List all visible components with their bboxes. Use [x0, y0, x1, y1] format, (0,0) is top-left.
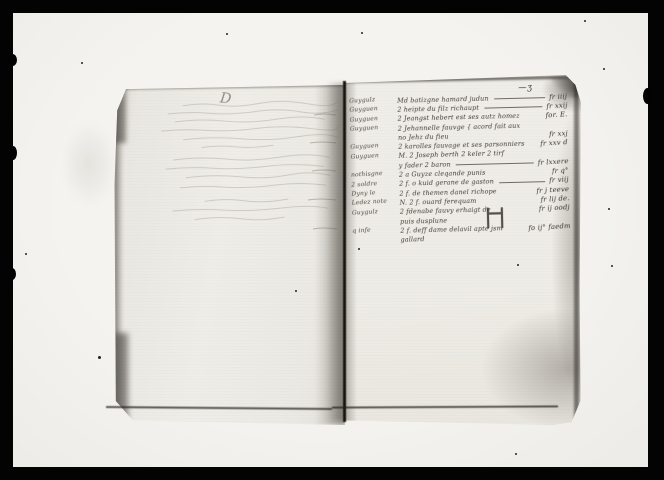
margin-note: Guyguen — [350, 141, 396, 151]
dust-speck — [608, 208, 610, 210]
leader-spacer — [520, 115, 546, 116]
gutter-shadow — [326, 83, 344, 421]
right-page-right-edge-smudge — [574, 83, 579, 419]
dust-speck — [361, 32, 363, 34]
margin-note: Guyguen — [350, 151, 396, 161]
margin-note: Ledez note — [351, 197, 397, 207]
entry-amount: fr xxij — [546, 101, 568, 110]
frame-edge-bump — [643, 88, 652, 104]
header-flourish-mark: —ʒ — [518, 82, 533, 91]
dust-speck — [584, 20, 586, 22]
leader-line — [494, 97, 545, 99]
dust-speck — [611, 265, 613, 267]
left-page: D — [114, 83, 345, 425]
margin-note: Guyguen — [349, 104, 395, 114]
leader-spacer — [491, 209, 539, 210]
dust-speck — [226, 33, 228, 35]
entry-amount: fr xxv d — [540, 138, 568, 148]
dust-speck — [515, 453, 517, 455]
entry-amount: for. E. — [545, 110, 567, 119]
handwriting-block: —ʒ GuygulzMd batizgne hamard judunfr iii… — [345, 92, 571, 257]
dust-speck — [25, 253, 27, 255]
entry-amount: fr xxj — [549, 129, 568, 138]
margin-note: Guygulz — [352, 207, 398, 217]
margin-note: Guyguen — [350, 123, 396, 133]
margin-note: Guyguen — [349, 114, 395, 124]
margin-note: Dyny le — [351, 188, 397, 198]
scanned-archive-photograph: { "colors": { "scan_frame": "#030303", "… — [0, 0, 664, 480]
leader-spacer — [520, 124, 568, 125]
leader-spacer — [485, 171, 552, 173]
frame-edge-bump — [9, 146, 17, 160]
mount-stain — [61, 121, 117, 207]
entry-amount: fr q° — [552, 166, 569, 175]
gutter-binding-line — [343, 81, 346, 422]
leader-line — [456, 163, 534, 166]
frame-edge-bump — [8, 54, 17, 66]
photo-mount: D — [13, 13, 648, 467]
entry-text: puis dusplune — [400, 216, 447, 225]
bleedthrough-writing-lines — [114, 83, 345, 425]
dust-speck — [295, 290, 297, 292]
dust-speck — [98, 356, 101, 359]
margin-note: nothisgne — [351, 169, 397, 179]
entry-text: gallard — [400, 235, 424, 244]
leader-spacer — [503, 227, 528, 228]
entry-amount: fr iiij — [549, 92, 567, 101]
frame-edge-bump — [8, 268, 16, 280]
right-page-top-edge — [345, 76, 571, 83]
leader-spacer — [449, 134, 549, 136]
dust-speck — [603, 68, 605, 70]
margin-note: q infe — [352, 225, 398, 235]
margin-note: 2 soldre — [351, 179, 397, 189]
entry-amount: fr viij — [549, 176, 569, 185]
margin-note: Guygulz — [349, 95, 395, 105]
leader-spacer — [425, 236, 571, 240]
right-page: —ʒ GuygulzMd batizgne hamard judunfr iii… — [345, 75, 581, 425]
dust-speck — [358, 248, 360, 250]
leader-spacer — [476, 199, 540, 201]
leader-line — [499, 181, 546, 183]
leader-spacer — [497, 190, 537, 191]
dust-speck — [81, 62, 83, 64]
leader-line — [484, 107, 542, 109]
leader-spacer — [447, 217, 570, 220]
leader-spacer — [504, 152, 568, 154]
dust-speck — [517, 264, 519, 266]
